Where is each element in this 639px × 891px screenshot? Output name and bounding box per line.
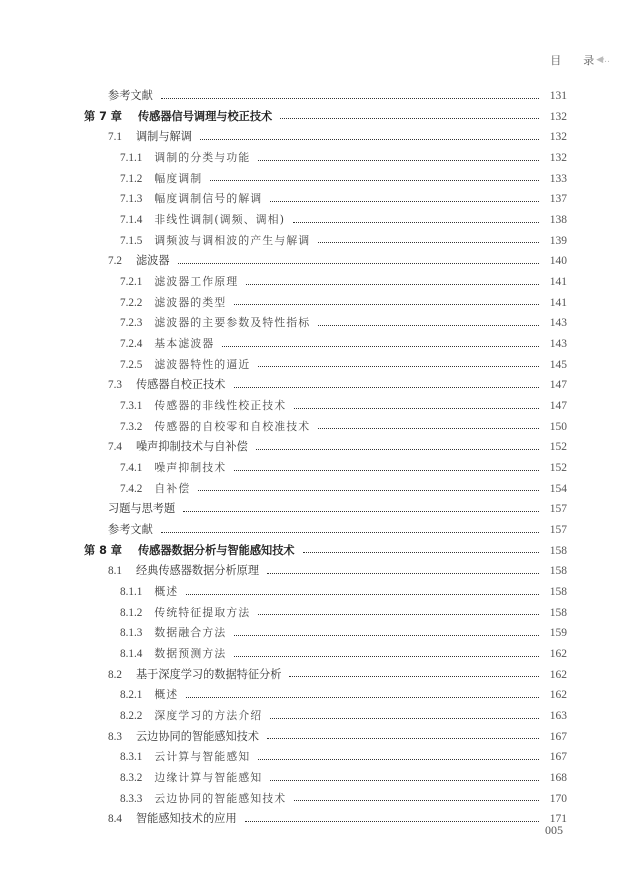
toc-entry-title: 云边协同的智能感知技术 (136, 727, 259, 747)
toc-entry-title: 噪声抑制技术与自补偿 (136, 437, 248, 457)
toc-entry-page: 167 (545, 747, 567, 767)
dot-leader (318, 428, 539, 429)
toc-entry-number: 8.2.2 (120, 706, 142, 726)
toc-entry-label: 7.2.1滤波器工作原理 (120, 272, 238, 292)
toc-entry-page: 162 (545, 685, 567, 705)
toc-entry-number: 8.3.1 (120, 747, 142, 767)
toc-entry-number: 第 8 章 (84, 541, 122, 561)
toc-entry-title: 传统特征提取方法 (154, 603, 250, 623)
toc-entry-title: 习题与思考题 (108, 499, 175, 519)
toc-entry-number: 7.2.5 (120, 355, 142, 375)
toc-entry-label: 7.2.2滤波器的类型 (120, 293, 226, 313)
toc-entry-title: 概述 (154, 685, 178, 705)
toc-entry-page: 139 (545, 231, 567, 251)
toc-entry[interactable]: 7.1调制与解调132 (108, 127, 567, 147)
toc-entry-page: 143 (545, 313, 567, 333)
toc-entry-page: 162 (545, 665, 567, 685)
page-number: 005 (545, 823, 563, 838)
toc-entry-number: 7.3 (108, 375, 122, 395)
toc-entry-page: 158 (545, 541, 567, 561)
toc-entry[interactable]: 8.3.1云计算与智能感知167 (120, 747, 567, 767)
toc-entry-page: 158 (545, 561, 567, 581)
toc-entry-title: 智能感知技术的应用 (136, 809, 237, 829)
toc-entry-label: 8.3云边协同的智能感知技术 (108, 727, 259, 747)
toc-entry-page: 158 (545, 582, 567, 602)
toc-entry-page: 132 (545, 107, 567, 127)
dot-leader (293, 222, 539, 223)
toc-entry-page: 132 (545, 148, 567, 168)
toc-entry-page: 157 (545, 520, 567, 540)
toc-entry[interactable]: 7.2.2滤波器的类型141 (120, 293, 567, 313)
dot-leader (161, 98, 539, 99)
dot-leader (234, 635, 539, 636)
dot-leader (198, 490, 539, 491)
toc-entry-page: 145 (545, 355, 567, 375)
toc-entry-page: 167 (545, 727, 567, 747)
toc-entry[interactable]: 8.1.1概述158 (120, 582, 567, 602)
toc-entry-label: 习题与思考题 (108, 499, 175, 519)
dot-leader (267, 738, 539, 739)
toc-entry-label: 7.4噪声抑制技术与自补偿 (108, 437, 248, 457)
toc-entry-page: 132 (545, 127, 567, 147)
toc-entry-label: 8.3.3云边协同的智能感知技术 (120, 789, 286, 809)
toc-entry-label: 8.1.2传统特征提取方法 (120, 603, 250, 623)
dot-leader (270, 718, 539, 719)
dot-leader (222, 346, 539, 347)
toc-entry-page: 143 (545, 334, 567, 354)
dot-leader (234, 470, 539, 471)
toc-entry-number: 8.3.2 (120, 768, 142, 788)
toc-entry[interactable]: 7.3传感器自校正技术147 (108, 375, 567, 395)
toc-entry-title: 概述 (154, 582, 178, 602)
toc-entry[interactable]: 7.2.1滤波器工作原理141 (120, 272, 567, 292)
dot-leader (258, 160, 539, 161)
dot-leader (245, 821, 539, 822)
dot-leader (186, 697, 539, 698)
toc-entry-title: 噪声抑制技术 (154, 458, 226, 478)
toc-entry-label: 第 8 章传感器数据分析与智能感知技术 (84, 541, 295, 561)
toc-entry-label: 7.3.1传感器的非线性校正技术 (120, 396, 286, 416)
toc-entry[interactable]: 8.3.2边缘计算与智能感知168 (120, 768, 567, 788)
toc-entry-number: 8.1.2 (120, 603, 142, 623)
toc-entry-label: 8.4智能感知技术的应用 (108, 809, 237, 829)
toc-entry-number: 7.3.2 (120, 417, 142, 437)
dot-leader (258, 366, 539, 367)
toc-entry-label: 8.1经典传感器数据分析原理 (108, 561, 259, 581)
dot-leader (267, 573, 539, 574)
header-title-char-1: 目 (550, 52, 561, 68)
dot-leader (258, 614, 539, 615)
toc-entry-page: 170 (545, 789, 567, 809)
dot-leader (183, 511, 539, 512)
dot-leader (161, 532, 539, 533)
toc-entry-number: 8.1.4 (120, 644, 142, 664)
toc-entry-number: 8.1.1 (120, 582, 142, 602)
dot-leader (303, 552, 539, 553)
toc-entry-number: 8.4 (108, 809, 122, 829)
toc-entry-number: 7.2.4 (120, 334, 142, 354)
toc-entry-title: 调制与解调 (136, 127, 192, 147)
dot-leader (289, 676, 539, 677)
dot-leader (294, 408, 539, 409)
toc-entry-number: 7.3.1 (120, 396, 142, 416)
dot-leader (200, 139, 539, 140)
toc-entry-title: 滤波器的主要参数及特性指标 (154, 313, 310, 333)
toc-entry-label: 7.1.5调频波与调相波的产生与解调 (120, 231, 310, 251)
toc-entry-title: 传感器信号调理与校正技术 (138, 107, 272, 127)
toc-entry-title: 基于深度学习的数据特征分析 (136, 665, 281, 685)
dot-leader (258, 759, 539, 760)
toc-entry-title: 基本滤波器 (154, 334, 214, 354)
toc-chapter-entry[interactable]: 第 7 章传感器信号调理与校正技术132 (84, 107, 567, 127)
toc-entry-number: 7.1.1 (120, 148, 142, 168)
toc-entry-number: 8.3 (108, 727, 122, 747)
toc-entry-label: 8.2.2深度学习的方法介绍 (120, 706, 262, 726)
dot-leader (186, 594, 539, 595)
toc-entry-number: 第 7 章 (84, 107, 122, 127)
toc-entry-number: 7.2.2 (120, 293, 142, 313)
toc-entry-number: 7.2.1 (120, 272, 142, 292)
toc-entry-title: 传感器自校正技术 (136, 375, 226, 395)
toc-entry-title: 边缘计算与智能感知 (154, 768, 262, 788)
toc-entry-number: 7.4 (108, 437, 122, 457)
toc-entry-title: 自补偿 (154, 479, 190, 499)
toc-entry-title: 参考文献 (108, 520, 153, 540)
toc-entry[interactable]: 7.4.1噪声抑制技术152 (120, 458, 567, 478)
toc-entry-page: 152 (545, 437, 567, 457)
running-header: 目 录 ◀·‥ (550, 52, 609, 68)
toc-entry[interactable]: 7.1.3幅度调制信号的解调137 (120, 189, 567, 209)
toc-entry-page: 147 (545, 396, 567, 416)
header-title-char-2: 录 (583, 52, 594, 68)
dot-leader (178, 263, 539, 264)
toc-entry[interactable]: 参考文献131 (108, 86, 567, 106)
toc-entry-page: 168 (545, 768, 567, 788)
toc-entry-label: 8.3.1云计算与智能感知 (120, 747, 250, 767)
toc-entry[interactable]: 8.2.2深度学习的方法介绍163 (120, 706, 567, 726)
toc-entry[interactable]: 7.2.3滤波器的主要参数及特性指标143 (120, 313, 567, 333)
toc-entry-number: 8.2 (108, 665, 122, 685)
toc-entry[interactable]: 8.1.3数据融合方法159 (120, 623, 567, 643)
toc-entry[interactable]: 7.1.2幅度调制133 (120, 169, 567, 189)
toc-entry[interactable]: 8.3.3云边协同的智能感知技术170 (120, 789, 567, 809)
toc-entry-title: 幅度调制信号的解调 (154, 189, 262, 209)
toc-entry[interactable]: 7.2.4基本滤波器143 (120, 334, 567, 354)
dot-leader (270, 201, 539, 202)
toc-entry[interactable]: 7.2.5滤波器特性的逼近145 (120, 355, 567, 375)
toc-entry-label: 8.2基于深度学习的数据特征分析 (108, 665, 281, 685)
toc-entry-label: 第 7 章传感器信号调理与校正技术 (84, 107, 272, 127)
toc-entry-page: 147 (545, 375, 567, 395)
toc-entry[interactable]: 7.1.1调制的分类与功能132 (120, 148, 567, 168)
toc-entry-label: 7.4.1噪声抑制技术 (120, 458, 226, 478)
toc-entry-label: 7.1.4非线性调制(调频、调相) (120, 210, 285, 230)
toc-entry-page: 162 (545, 644, 567, 664)
dot-leader (318, 325, 539, 326)
dot-leader (256, 449, 539, 450)
toc-entry-number: 7.1.3 (120, 189, 142, 209)
toc-entry-page: 150 (545, 417, 567, 437)
toc-entry[interactable]: 习题与思考题157 (108, 499, 567, 519)
toc-entry-title: 云计算与智能感知 (154, 747, 250, 767)
toc-entry-number: 8.2.1 (120, 685, 142, 705)
toc-entry-title: 数据融合方法 (154, 623, 226, 643)
toc-entry-title: 传感器数据分析与智能感知技术 (138, 541, 295, 561)
toc-entry-title: 幅度调制 (154, 169, 202, 189)
dot-leader (318, 242, 539, 243)
toc-entry-label: 7.3传感器自校正技术 (108, 375, 226, 395)
toc-entry-label: 7.2.5滤波器特性的逼近 (120, 355, 250, 375)
toc-entry[interactable]: 7.1.4非线性调制(调频、调相)138 (120, 210, 567, 230)
toc-entry-title: 云边协同的智能感知技术 (154, 789, 286, 809)
dot-leader (294, 800, 539, 801)
toc-entry-label: 7.3.2传感器的自校零和自校准技术 (120, 417, 310, 437)
toc-entry-number: 8.1 (108, 561, 122, 581)
toc-entry-page: 133 (545, 169, 567, 189)
toc-entry-title: 滤波器的类型 (154, 293, 226, 313)
toc-entry[interactable]: 8.1.2传统特征提取方法158 (120, 603, 567, 623)
toc-entry-title: 滤波器 (136, 251, 170, 271)
toc-entry-title: 传感器的非线性校正技术 (154, 396, 286, 416)
toc-entry-title: 数据预测方法 (154, 644, 226, 664)
toc-entry-number: 7.1.5 (120, 231, 142, 251)
toc-entry-number: 7.1 (108, 127, 122, 147)
toc-entry-page: 163 (545, 706, 567, 726)
toc-entry-page: 141 (545, 293, 567, 313)
toc-entry-title: 传感器的自校零和自校准技术 (154, 417, 310, 437)
toc-entry-label: 8.3.2边缘计算与智能感知 (120, 768, 262, 788)
toc-entry[interactable]: 7.3.1传感器的非线性校正技术147 (120, 396, 567, 416)
toc-entry-title: 滤波器特性的逼近 (154, 355, 250, 375)
toc-entry-page: 137 (545, 189, 567, 209)
toc-entry-title: 参考文献 (108, 86, 153, 106)
toc-entry[interactable]: 8.1.4数据预测方法162 (120, 644, 567, 664)
toc-entry-title: 调制的分类与功能 (154, 148, 250, 168)
toc-entry-number: 7.2.3 (120, 313, 142, 333)
dot-leader (234, 656, 539, 657)
toc-entry-label: 8.1.3数据融合方法 (120, 623, 226, 643)
toc-entry-label: 8.1.1概述 (120, 582, 178, 602)
toc-entry-number: 8.3.3 (120, 789, 142, 809)
toc-entry-page: 131 (545, 86, 567, 106)
dot-leader (234, 387, 540, 388)
dot-leader (234, 304, 539, 305)
toc-entry-label: 7.2.4基本滤波器 (120, 334, 214, 354)
toc-entry-title: 滤波器工作原理 (154, 272, 238, 292)
toc-entry-page: 157 (545, 499, 567, 519)
dot-leader (270, 780, 539, 781)
dot-leader (246, 284, 539, 285)
toc-entry-title: 调频波与调相波的产生与解调 (154, 231, 310, 251)
toc-entry[interactable]: 8.3云边协同的智能感知技术167 (108, 727, 567, 747)
toc-entry-title: 经典传感器数据分析原理 (136, 561, 259, 581)
toc-entry-number: 7.1.4 (120, 210, 142, 230)
arrow-left-icon: ◀·‥ (596, 55, 609, 65)
toc-entry[interactable]: 参考文献157 (108, 520, 567, 540)
toc-entry-label: 7.4.2自补偿 (120, 479, 190, 499)
toc-entry[interactable]: 7.3.2传感器的自校零和自校准技术150 (120, 417, 567, 437)
toc-entry-page: 138 (545, 210, 567, 230)
toc-entry-page: 140 (545, 251, 567, 271)
toc-entry-label: 7.2滤波器 (108, 251, 170, 271)
toc-entry-number: 8.1.3 (120, 623, 142, 643)
toc-entry-label: 参考文献 (108, 520, 153, 540)
toc-entry-label: 7.1.2幅度调制 (120, 169, 202, 189)
dot-leader (210, 180, 539, 181)
toc-entry-label: 7.1.1调制的分类与功能 (120, 148, 250, 168)
toc-entry[interactable]: 8.1经典传感器数据分析原理158 (108, 561, 567, 581)
toc-entry[interactable]: 7.4.2自补偿154 (120, 479, 567, 499)
toc-entry-page: 158 (545, 603, 567, 623)
toc-entry-number: 7.4.1 (120, 458, 142, 478)
toc-entry-label: 参考文献 (108, 86, 153, 106)
toc-entry-label: 7.1调制与解调 (108, 127, 192, 147)
toc-entry-label: 7.2.3滤波器的主要参数及特性指标 (120, 313, 310, 333)
toc-entry[interactable]: 8.2.1概述162 (120, 685, 567, 705)
toc-entry-title: 深度学习的方法介绍 (154, 706, 262, 726)
toc-chapter-entry[interactable]: 第 8 章传感器数据分析与智能感知技术158 (84, 541, 567, 561)
toc-entry-page: 152 (545, 458, 567, 478)
toc-entry[interactable]: 7.1.5调频波与调相波的产生与解调139 (120, 231, 567, 251)
toc-entry-title: 非线性调制(调频、调相) (154, 210, 285, 230)
toc-entry-page: 141 (545, 272, 567, 292)
toc-entry-number: 7.2 (108, 251, 122, 271)
toc-entry-page: 154 (545, 479, 567, 499)
toc-entry-label: 8.2.1概述 (120, 685, 178, 705)
toc-entry-number: 7.4.2 (120, 479, 142, 499)
toc-entry[interactable]: 8.2基于深度学习的数据特征分析162 (108, 665, 567, 685)
dot-leader (280, 118, 539, 119)
toc-entry-page: 159 (545, 623, 567, 643)
toc-entry[interactable]: 8.4智能感知技术的应用171 (108, 809, 567, 829)
toc-entry[interactable]: 7.2滤波器140 (108, 251, 567, 271)
toc-entry-label: 8.1.4数据预测方法 (120, 644, 226, 664)
toc-entry-label: 7.1.3幅度调制信号的解调 (120, 189, 262, 209)
toc-entry-number: 7.1.2 (120, 169, 142, 189)
toc-entry[interactable]: 7.4噪声抑制技术与自补偿152 (108, 437, 567, 457)
